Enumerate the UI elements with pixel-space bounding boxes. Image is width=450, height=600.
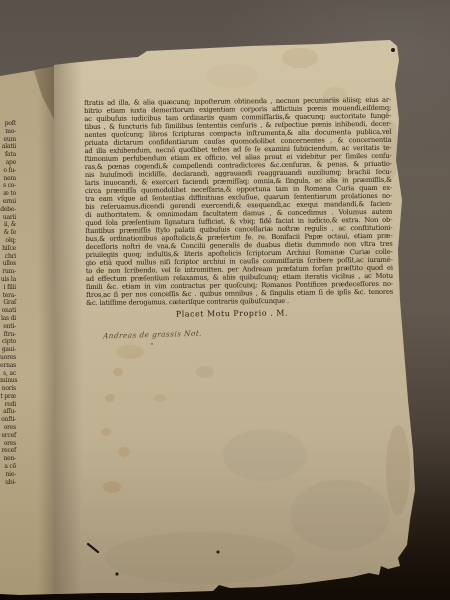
stain: [113, 368, 123, 376]
adjacent-leaf-text-line: ernas: [0, 362, 16, 370]
adjacent-leaf-text-line: ii, &: [0, 221, 16, 229]
stain: [290, 480, 390, 550]
adjacent-leaf-text-line: redi: [0, 401, 16, 409]
stain: [282, 48, 318, 68]
stain: [206, 64, 258, 88]
adjacent-leaf-text-line: i filii: [0, 284, 16, 292]
adjacent-leaf-text-line: ſtru-: [0, 331, 16, 339]
adjacent-leaf-text-line: uores: [0, 354, 16, 362]
adjacent-leaf-text-line: mo-: [0, 128, 16, 136]
adjacent-leaf-text-line: t præ: [0, 393, 16, 401]
adjacent-leaf-text-line: minus: [0, 377, 16, 385]
stain: [118, 447, 130, 457]
adjacent-leaf-text-line: nem: [0, 175, 16, 183]
adjacent-leaf-text-line: ercef: [0, 432, 16, 440]
adjacent-leaf-text-line: alatii: [0, 143, 16, 151]
stain: [154, 394, 166, 402]
adjacent-leaf-text-line: ores: [0, 440, 16, 448]
adjacent-leaf-text-line: onati: [0, 307, 16, 315]
adjacent-leaf-text-line: chri: [0, 253, 16, 261]
adjacent-leaf-text-line: poſt: [0, 120, 16, 128]
adjacent-leaf-text-line: s co-: [0, 182, 16, 190]
adjacent-leaf-text-line: debe-: [0, 206, 16, 214]
stain: [105, 394, 115, 402]
adjacent-leaf-text-line: olq;: [0, 237, 16, 245]
adjacent-leaf-text-line: tera-: [0, 292, 16, 300]
stain: [101, 428, 111, 436]
body-text: ſtratis ad illa, & alia quæcunq; inpoſte…: [84, 96, 393, 307]
stain: [223, 429, 307, 481]
adjacent-leaf-text-line: gaui-: [0, 346, 16, 354]
adjacent-leaf-text-line: ermi: [0, 198, 16, 206]
adjacent-leaf-text-line: nie-: [0, 471, 16, 479]
ink-speck: [217, 551, 220, 554]
adjacent-leaf-text-line: aſſu-: [0, 408, 16, 416]
adjacent-leaf-text-line: hiſce: [0, 245, 16, 253]
adjacent-leaf-text-line: ubi-: [0, 479, 16, 487]
adjacent-leaf-text-line: eum: [0, 136, 16, 144]
stain: [196, 366, 214, 378]
adjacent-leaf-text-line: s, ac: [0, 370, 16, 378]
adjacent-leaf-text-line: uarii: [0, 214, 16, 222]
stain: [103, 481, 121, 493]
adjacent-leaf-text-line: onſti-: [0, 416, 16, 424]
adjacent-leaf-text-line: cipto: [0, 338, 16, 346]
stain: [116, 345, 144, 359]
adjacent-leaf-text-line: o ſu-: [0, 167, 16, 175]
adjacent-leaf-text-line: las di: [0, 315, 16, 323]
ink-speck: [151, 343, 153, 345]
adjacent-leaf-text-line: apo: [0, 159, 16, 167]
adjacent-leaf-text-line: & ſe: [0, 229, 16, 237]
adjacent-leaf-text-line: ullos: [0, 260, 16, 268]
stain: [386, 425, 410, 515]
adjacent-leaf-text-line: noris: [0, 385, 16, 393]
photo-background: poſtmo-eumalatiifataapoo ſu-nems co-æ to…: [0, 0, 450, 600]
adjacent-leaf-text-line: æ to: [0, 190, 16, 198]
adjacent-leaf-text-line: ores: [0, 424, 16, 432]
adjacent-leaf-text-line: enti-: [0, 323, 16, 331]
adjacent-leaf-text-line: fata: [0, 151, 16, 159]
adjacent-leaf-text-line: rum-: [0, 268, 16, 276]
stain: [105, 532, 295, 584]
ink-speck: [115, 572, 118, 575]
ink-speck: [391, 48, 395, 52]
adjacent-leaf-text-line: Graſ: [0, 299, 16, 307]
adjacent-leaf-text-line: nen-: [0, 455, 16, 463]
adjacent-leaf-text-line: recef: [0, 447, 16, 455]
adjacent-leaf-text-line: a cõ: [0, 463, 16, 471]
adjacent-leaf-text: poſtmo-eumalatiifataapoo ſu-nems co-æ to…: [0, 120, 16, 486]
adjacent-leaf-text-line: uis la: [0, 276, 16, 284]
